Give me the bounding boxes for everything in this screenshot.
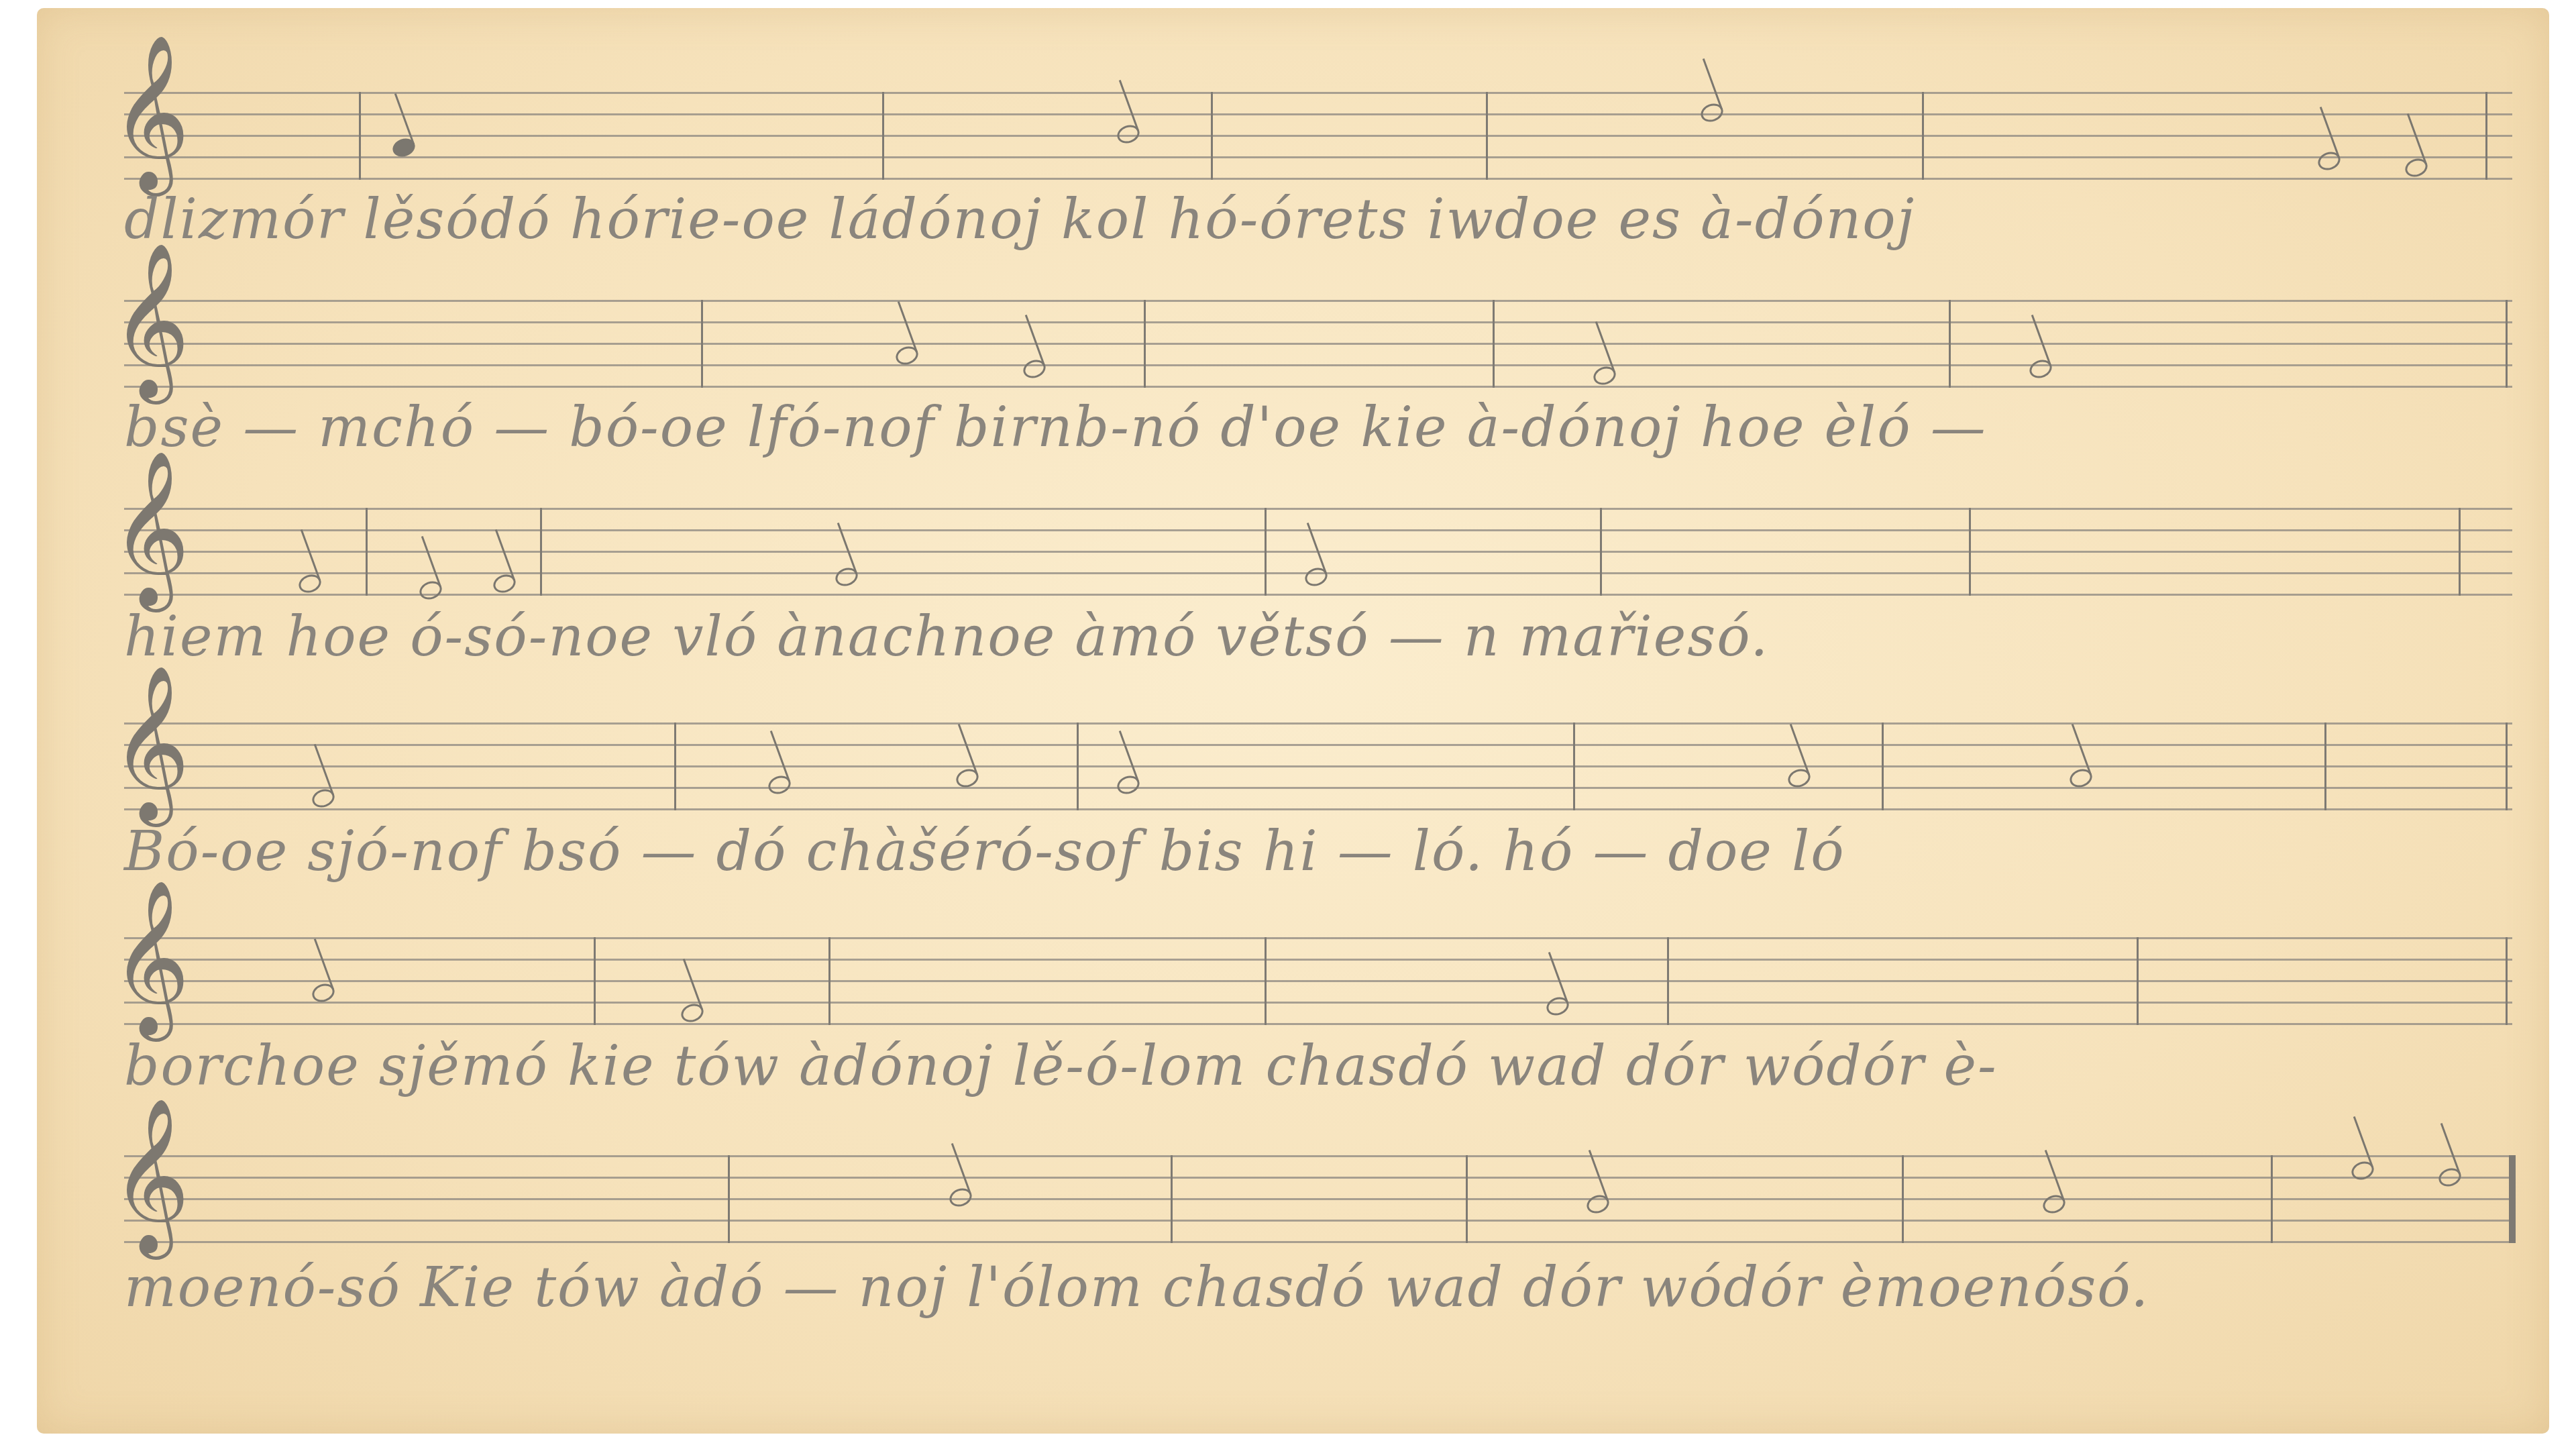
lyric-line-5: borchoe sjěmó kie tów àdónoj lě-ó-lom ch… [124, 1034, 2512, 1098]
staff-5: 𝄞 [124, 930, 2512, 1031]
manuscript-sheet: 𝄞 dlizmór lěsódó hórie-oe ládónoj kol hó… [37, 8, 2549, 1434]
staff-1: 𝄞 [124, 85, 2512, 186]
staff-6: 𝄞 [124, 1148, 2512, 1249]
lyric-line-3: hiem hoe ó-só-noe vló ànachnoe àmó větsó… [124, 605, 2512, 669]
treble-clef-icon: 𝄞 [111, 890, 190, 1024]
lyric-line-2: bsè — mchó — bó-oe lfó-nof birnb-nó d'oe… [124, 396, 2512, 460]
treble-clef-icon: 𝄞 [111, 676, 190, 810]
staff-2: 𝄞 [124, 293, 2512, 394]
staff-4: 𝄞 [124, 716, 2512, 816]
lyric-line-6: moenó-só Kie tów àdó — noj l'ólom chasdó… [124, 1256, 2512, 1320]
treble-clef-icon: 𝄞 [111, 1108, 190, 1242]
staff-3: 𝄞 [124, 501, 2512, 602]
treble-clef-icon: 𝄞 [111, 461, 190, 595]
treble-clef-icon: 𝄞 [111, 253, 190, 387]
lyric-line-1: dlizmór lěsódó hórie-oe ládónoj kol hó-ó… [124, 188, 2512, 252]
treble-clef-icon: 𝄞 [111, 45, 190, 179]
lyric-line-4: Bó-oe sjó-nof bsó — dó chàšéró-sof bis h… [124, 820, 2512, 883]
